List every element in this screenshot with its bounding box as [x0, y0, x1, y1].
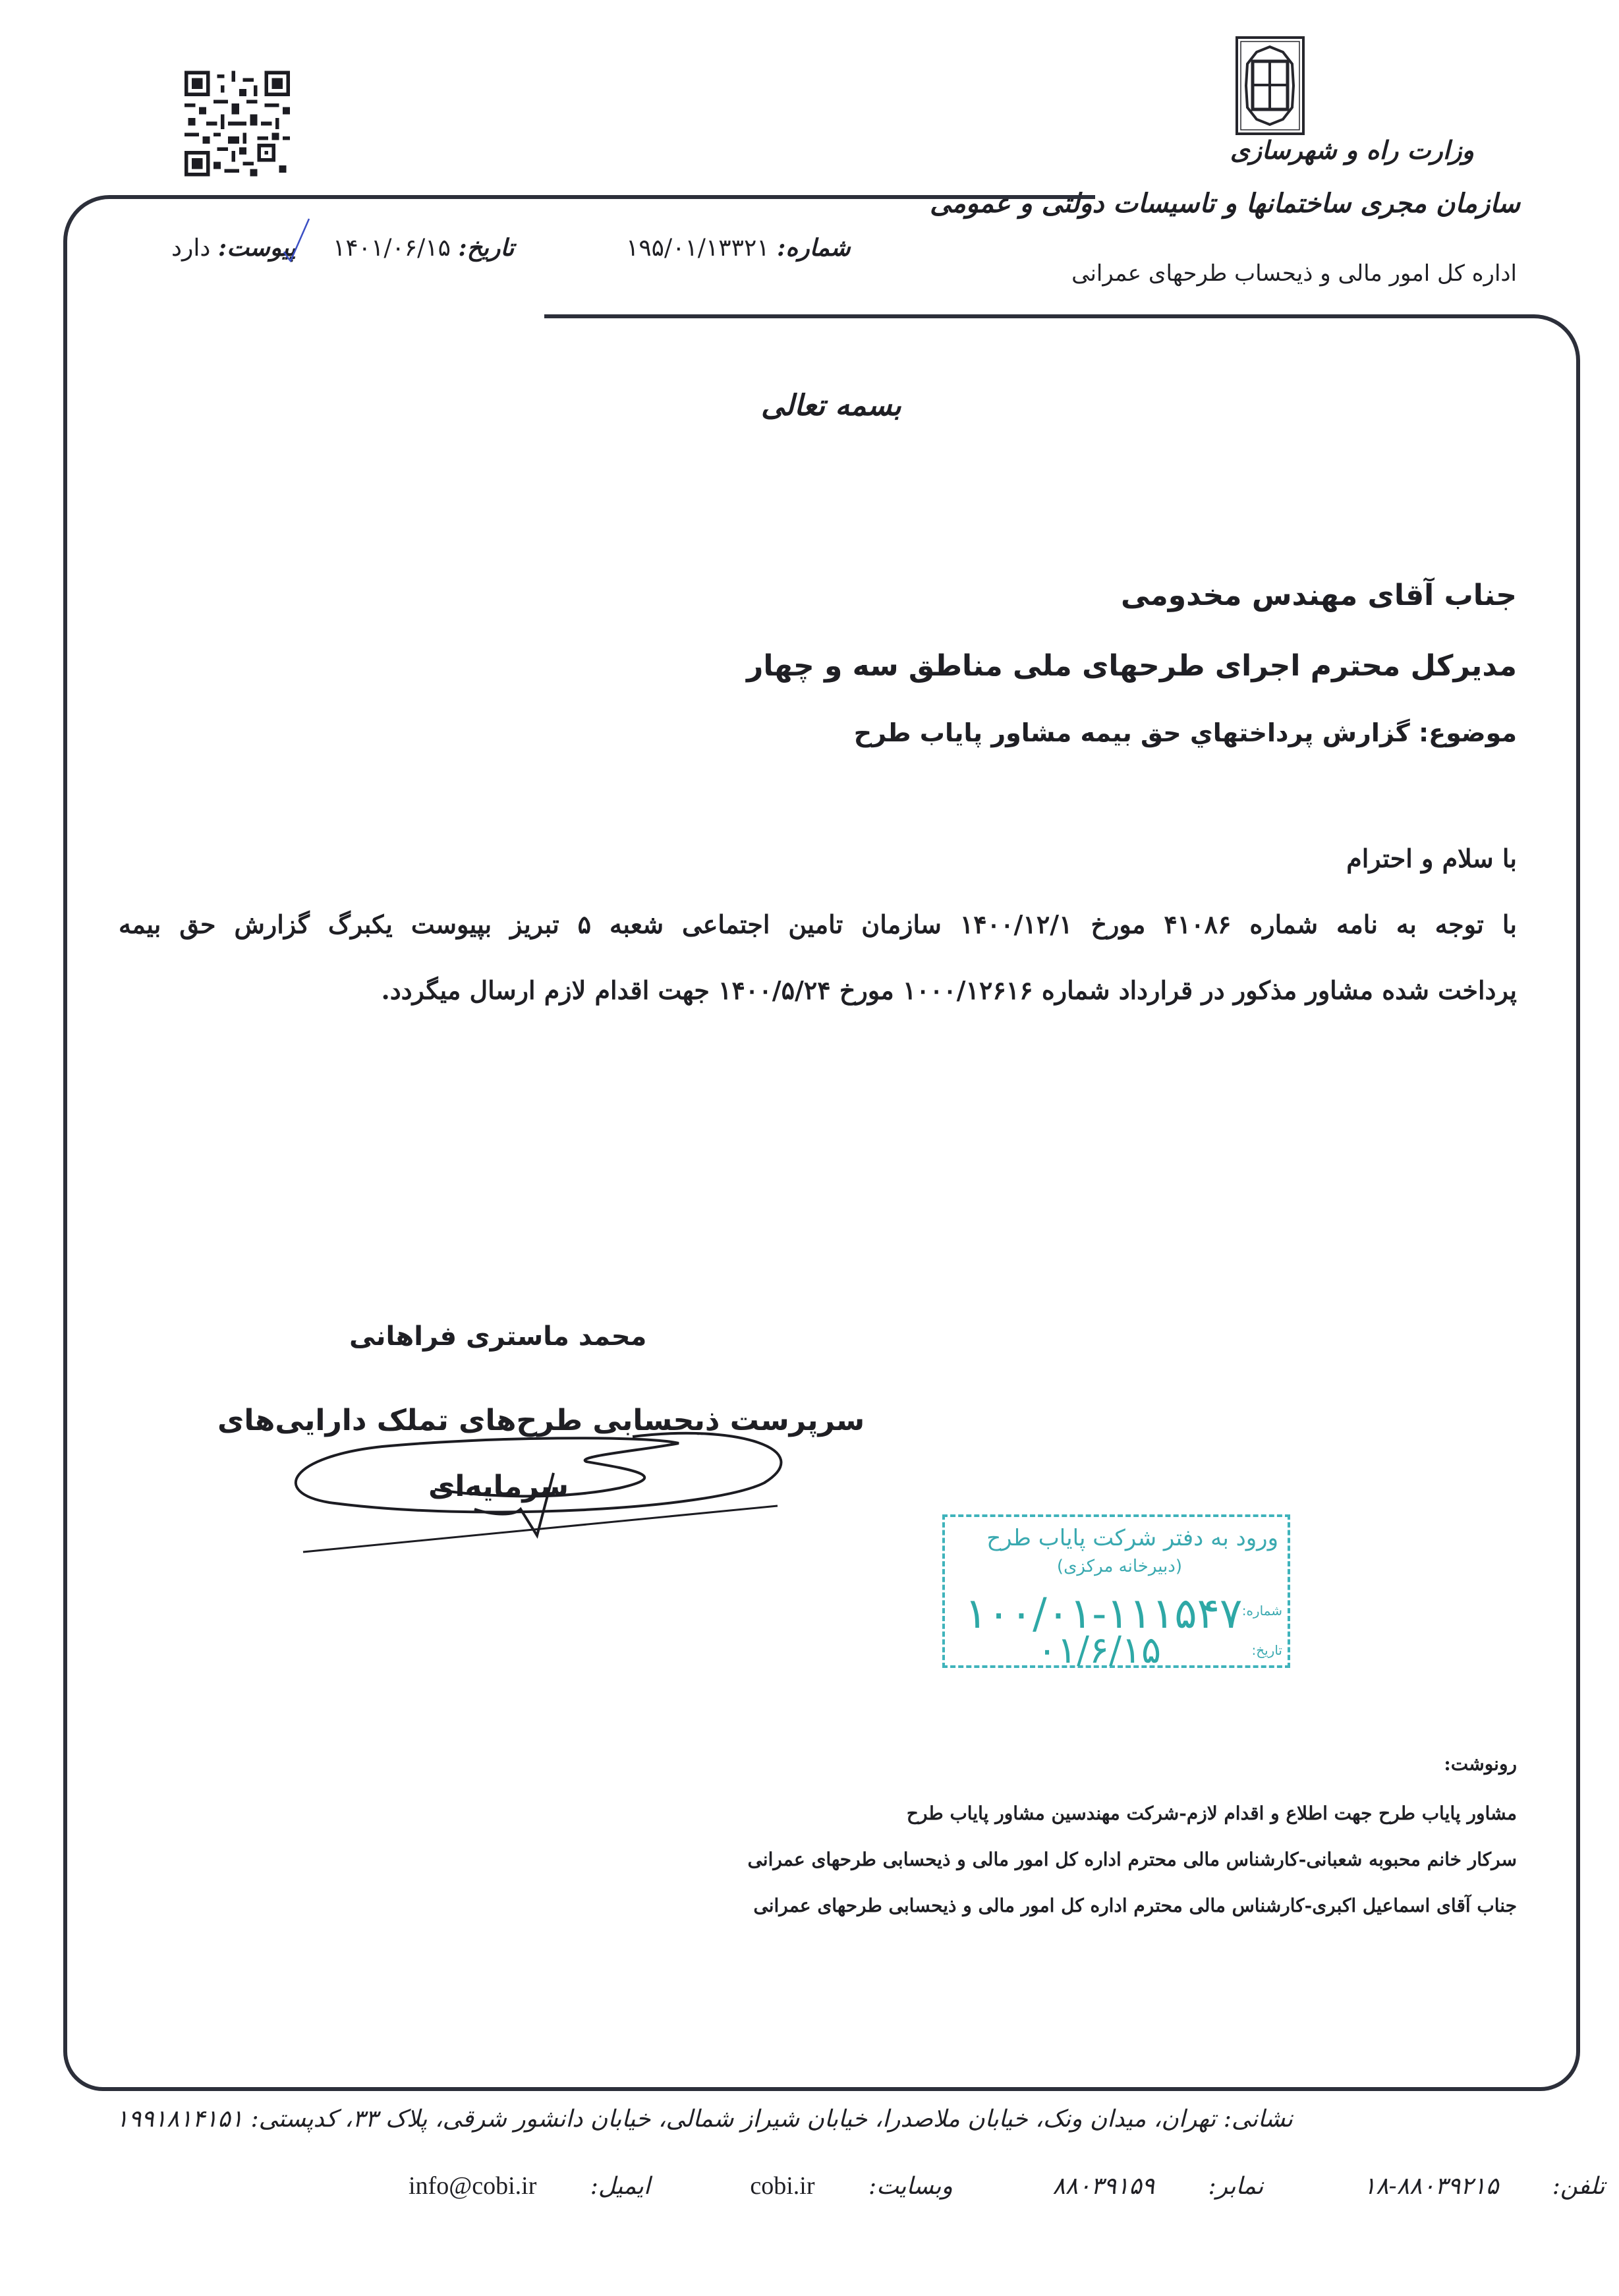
received-stamp: ورود به دفتر شرکت پایاب طرح (دبیرخانه مر…: [942, 1514, 1290, 1668]
recipient-title: مدیرکل محترم اجرای طرحهای ملی مناطق سه و…: [747, 649, 1517, 683]
footer-email: ایمیل: info@cobi.ir: [362, 2173, 650, 2200]
ministry-name: وزارت راه و شهرسازی: [1230, 135, 1474, 165]
subject: موضوع: گزارش پرداختهاي حق بيمه مشاور پاي…: [854, 718, 1517, 747]
fax-value: ۸۸۰۳۹۱۵۹: [1052, 2173, 1154, 2200]
basmala: بسمه تعالی: [761, 389, 901, 422]
body-paragraph-line-2: پرداخت شده مشاور مذکور در قرارداد شماره …: [381, 975, 1517, 1005]
fax-label: نمابر:: [1208, 2173, 1264, 2200]
subject-text: گزارش پرداختهاي حق بيمه مشاور پاياب طرح: [854, 718, 1410, 747]
body-paragraph-line-1: با توجه به نامه شماره ۴۱۰۸۶ مورخ ۱۴۰۰/۱۲…: [119, 909, 1517, 939]
recipient-name: جناب آقای مهندس مخدومی: [1121, 579, 1517, 612]
letter-number-value: ۱۹۵/۰۱/۱۳۳۲۱: [626, 235, 770, 262]
letter-date: تاریخ: ۱۴۰۱/۰۶/۱۵: [333, 234, 514, 262]
phone-label: تلفن:: [1552, 2173, 1605, 2200]
cc-item: مشاور پایاب طرح جهت اطلاع و اقدام لازم-ش…: [907, 1802, 1517, 1824]
website-label: وبسایت:: [868, 2173, 953, 2200]
letter-number: شماره: ۱۹۵/۰۱/۱۳۳۲۱: [626, 234, 851, 262]
website-link[interactable]: cobi.ir: [750, 2172, 814, 2200]
letter-date-value: ۱۴۰۱/۰۶/۱۵: [333, 235, 451, 262]
email-link[interactable]: info@cobi.ir: [409, 2172, 536, 2200]
attachment-value: دارد: [171, 235, 210, 262]
cc-item: جناب آقای اسماعیل اکبری-کارشناس مالی محت…: [753, 1895, 1517, 1916]
email-label: ایمیل:: [590, 2173, 650, 2200]
handwritten-signature: [277, 1410, 804, 1555]
phone-value: ۸۸۰۳۹۲۱۵-۱۸: [1363, 2173, 1499, 2200]
footer-address: نشانی: تهران، میدان ونک، خیابان ملاصدرا،…: [116, 2106, 1293, 2133]
footer-phone: تلفن: ۸۸۰۳۹۲۱۵-۱۸: [1317, 2173, 1605, 2200]
ministry-logo: [1236, 36, 1305, 135]
subject-label: موضوع:: [1419, 718, 1517, 747]
qr-code: [185, 69, 290, 178]
letter-number-label: شماره:: [777, 234, 850, 262]
greeting: با سلام و احترام: [1346, 844, 1517, 873]
cc-item: سرکار خانم محبوبه شعبانی-کارشناس مالی مح…: [747, 1849, 1517, 1870]
footer-website: وبسایت: cobi.ir: [704, 2173, 953, 2200]
stamp-title: ورود به دفتر شرکت پایاب طرح: [986, 1525, 1278, 1551]
checkmark-icon: [281, 217, 311, 264]
footer-fax: نمابر: ۸۸۰۳۹۱۵۹: [1006, 2173, 1263, 2200]
stamp-date-label: تاریخ:: [1251, 1642, 1282, 1658]
stamp-number-label: شماره:: [1242, 1603, 1282, 1619]
stamp-date-value: ۰۱/۶/۱۵: [1037, 1629, 1161, 1672]
footer-contact: تلفن: ۸۸۰۳۹۲۱۵-۱۸ نمابر: ۸۸۰۳۹۱۵۹ وبسایت…: [316, 2171, 1605, 2200]
cc-heading: رونوشت:: [1444, 1753, 1517, 1775]
letter-date-label: تاریخ:: [458, 234, 514, 262]
letter-attachment: پیوست: دارد: [171, 234, 296, 262]
stamp-subtitle: (دبیرخانه مرکزی): [1057, 1557, 1182, 1576]
signatory-name: محمد ماستری فراهانی: [349, 1321, 646, 1352]
department-name: اداره کل امور مالی و ذیحساب طرحهای عمران…: [1071, 260, 1517, 287]
